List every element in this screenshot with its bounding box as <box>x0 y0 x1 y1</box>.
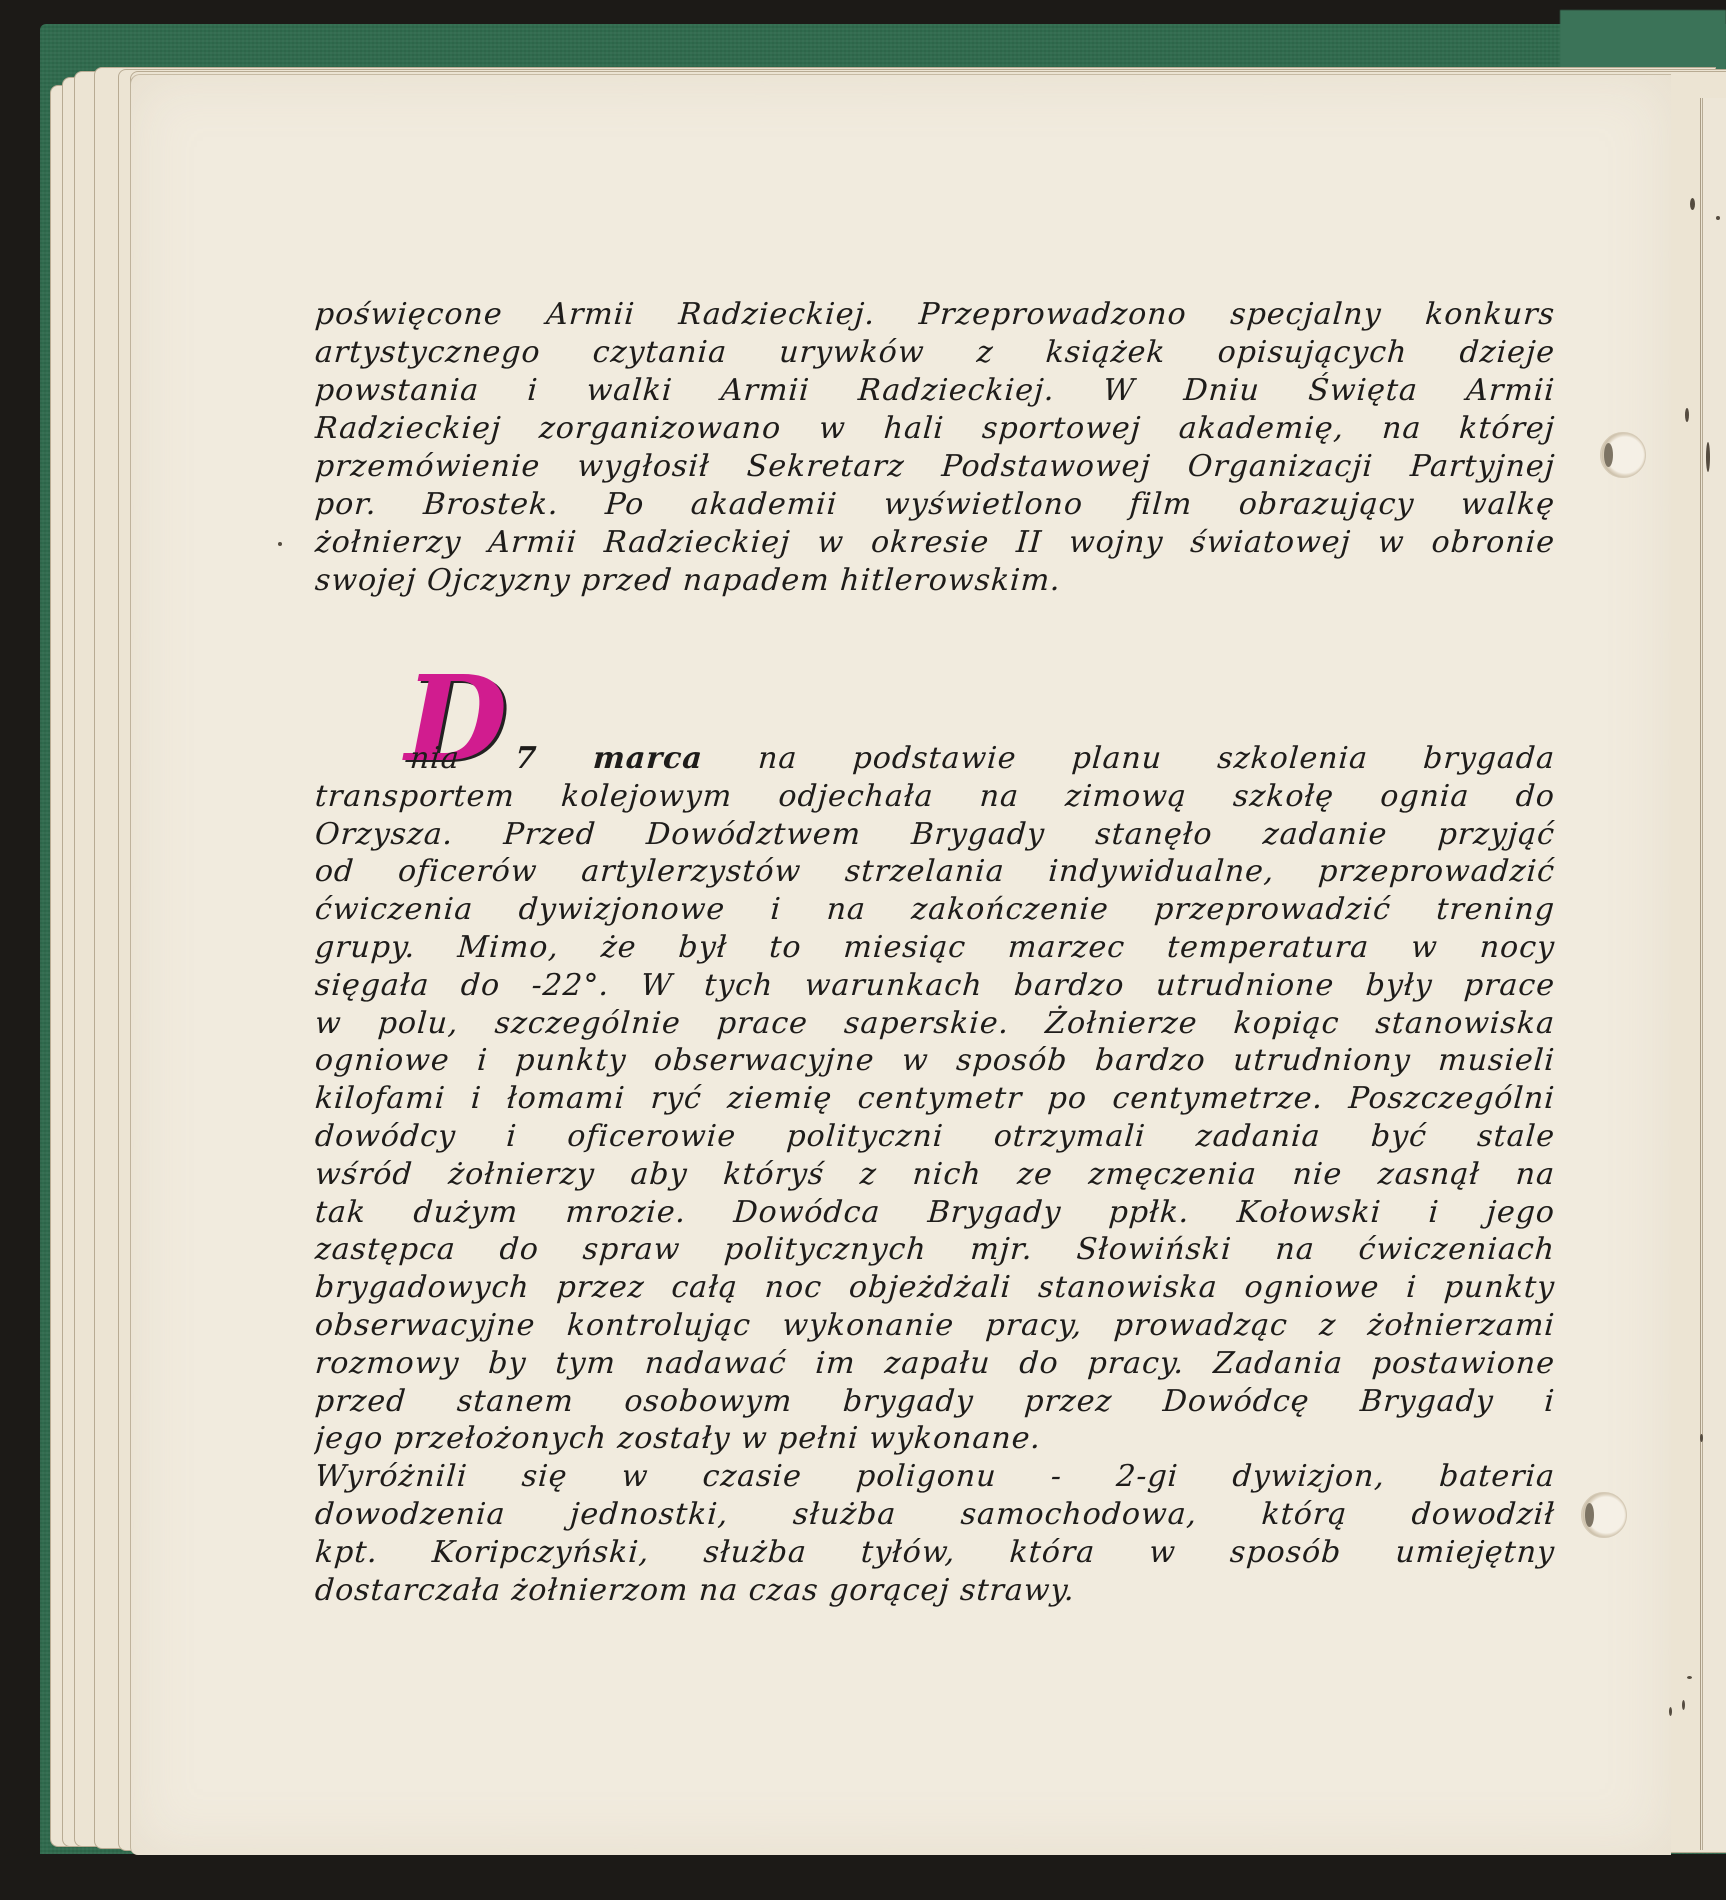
text-line: ćwiczenia dywizjonowe i na zakończenie p… <box>314 891 1557 929</box>
text-line: przed stanem osobowym brygady przez Dowó… <box>314 1383 1557 1421</box>
text-line: Orzysza. Przed Dowództwem Brygady stanęł… <box>314 816 1557 854</box>
text-line: Radzieckiej zorganizowano w hali sportow… <box>314 410 1557 448</box>
punch-hole-bottom <box>1581 1492 1627 1538</box>
text-line: dostarczała żołnierzom na czas gorącej s… <box>314 1572 1557 1610</box>
text-line: w polu, szczególnie prace saperskie. Żoł… <box>314 1005 1557 1043</box>
text-line: żołnierzy Armii Radzieckiej w okresie II… <box>314 524 1557 562</box>
text-line: tak dużym mrozie. Dowódca Brygady ppłk. … <box>314 1194 1557 1232</box>
text-line: obserwacyjne kontrolując wykonanie pracy… <box>314 1307 1557 1345</box>
text-line: Wyróżnili się w czasie poligonu - 2-gi d… <box>314 1458 1557 1496</box>
text-line: przemówienie wygłosił Sekretarz Podstawo… <box>314 448 1557 486</box>
text-line: grupy. Mimo, że był to miesiąc marzec te… <box>314 929 1557 967</box>
text-line: transportem kolejowym odjechała na zimow… <box>314 778 1557 816</box>
text-line: artystycznego czytania urywków z książek… <box>314 334 1557 372</box>
text-line: brygadowych przez całą noc objeżdżali st… <box>314 1269 1557 1307</box>
date-7-march: 7 marca <box>514 741 704 776</box>
text-line: powstania i walki Armii Radzieckiej. W D… <box>314 372 1557 410</box>
first-line-prefix: nia <box>409 741 461 776</box>
first-line-rest: na podstawie planu szkolenia brygada <box>757 741 1556 776</box>
paragraph-1: poświęcone Armii Radzieckiej. Przeprowad… <box>315 296 1555 600</box>
text-line: poświęcone Armii Radzieckiej. Przeprowad… <box>314 296 1557 334</box>
paragraph-2: nia 7 marca na podstawie planu szkolenia… <box>315 740 1555 1609</box>
text-line: od oficerów artylerzystów strzelania ind… <box>314 853 1557 891</box>
punch-hole-top <box>1600 432 1646 478</box>
scanned-document: poświęcone Armii Radzieckiej. Przeprowad… <box>0 0 1726 1900</box>
text-line: kpt. Koripczyński, służba tyłów, która w… <box>314 1534 1557 1572</box>
text-line: dowódcy i oficerowie polityczni otrzymal… <box>314 1118 1557 1156</box>
text-line: por. Brostek. Po akademii wyświetlono fi… <box>314 486 1557 524</box>
text-line: rozmowy by tym nadawać im zapału do prac… <box>314 1345 1557 1383</box>
text-line: zastępca do spraw politycznych mjr. Słow… <box>314 1231 1557 1269</box>
text-line: jego przełożonych zostały w pełni wykona… <box>314 1420 1557 1458</box>
text-line: wśród żołnierzy aby któryś z nich ze zmę… <box>314 1156 1557 1194</box>
text-line: kilofami i łomami ryć ziemię centymetr p… <box>314 1080 1557 1118</box>
text-line: ogniowe i punkty obserwacyjne w sposób b… <box>314 1042 1557 1080</box>
text-line: swojej Ojczyzny przed napadem hitlerowsk… <box>314 562 1557 600</box>
text-line-first: nia 7 marca na podstawie planu szkolenia… <box>314 740 1557 778</box>
text-line: dowodzenia jednostki, służba samochodowa… <box>314 1496 1557 1534</box>
text-line: sięgała do -22°. W tych warunkach bardzo… <box>314 967 1557 1005</box>
page-fold-line <box>1700 98 1701 1850</box>
next-page-edge <box>1702 98 1726 1850</box>
